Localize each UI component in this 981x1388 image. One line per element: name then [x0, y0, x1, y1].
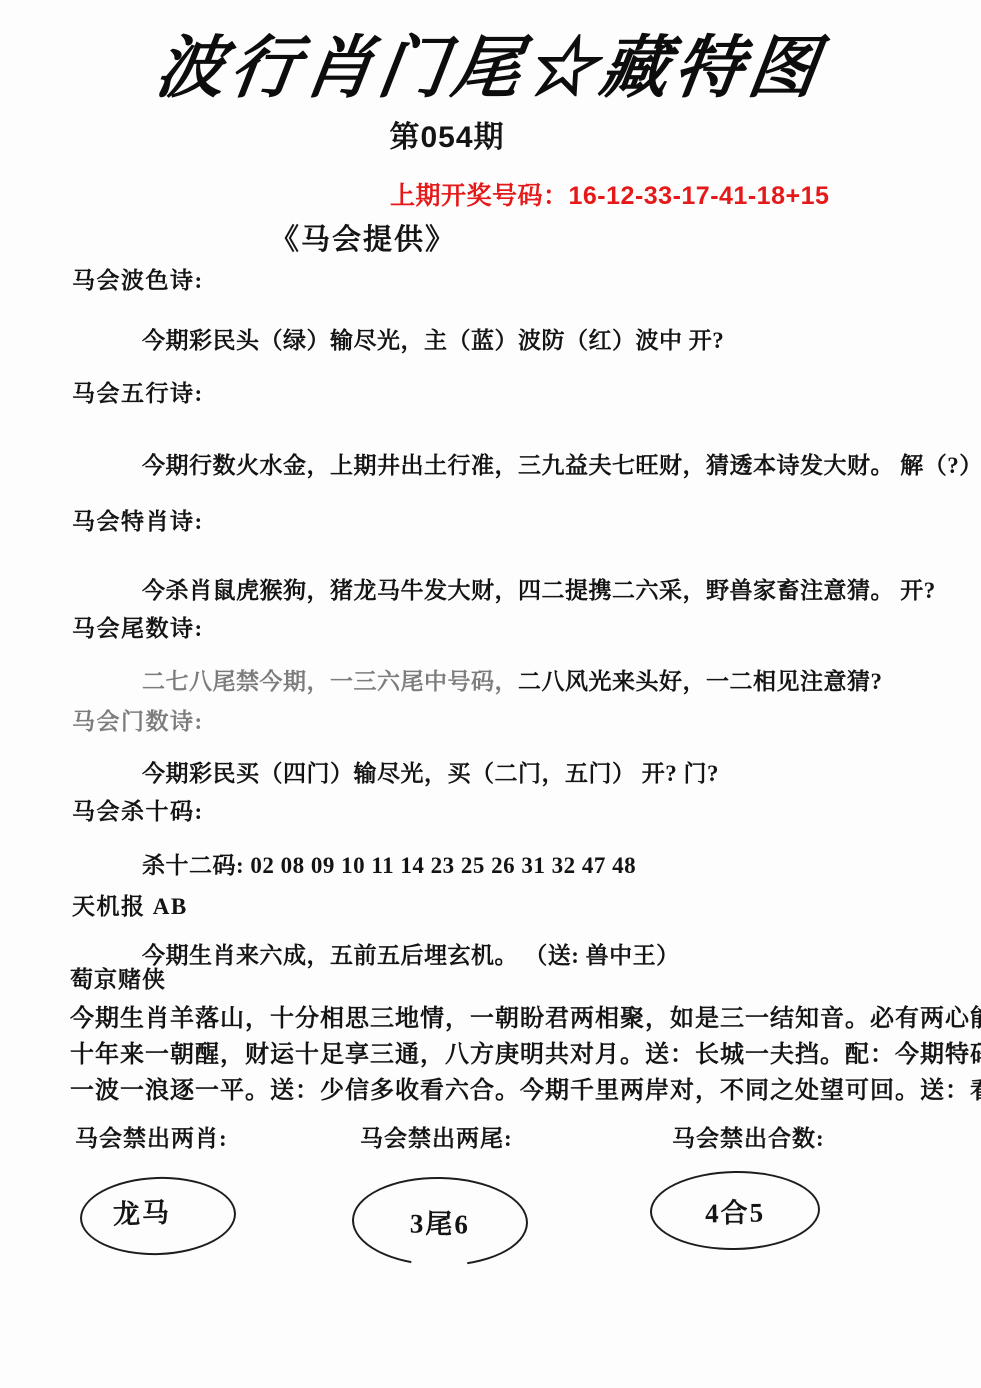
ban-two-zodiac-label: 马会禁出两肖:: [75, 1120, 228, 1153]
tail-line-clear-part: 二八风光来头好，一二相见注意猜?: [518, 669, 883, 694]
section-line-five-elements: 今期行数火水金，上期井出土行准，三九益夫七旺财，猜透本诗发大财。 解（?）: [142, 447, 981, 480]
section-heading-killed-codes: 马会杀十码:: [72, 793, 204, 826]
issue-number: 第054期: [0, 112, 894, 156]
last-draw-numbers: 上期开奖号码：16-12-33-17-41-18+15: [390, 176, 829, 212]
section-line-gate-number: 今期彩民买（四门）输尽光，买（二门，五门） 开? 门?: [142, 755, 719, 788]
gambler-verse-line-3: 一波一浪逐一平。送：少信多收看六合。今期千里两岸对，不同之处望可回。送：看马二九…: [70, 1070, 935, 1105]
ban-sum-value: 4合5: [705, 1190, 766, 1230]
gambler-verse-line-1: 今期生肖羊落山，十分相思三地情，一朝盼君两相聚，如是三一结知音。必有两心能相印，…: [70, 998, 935, 1033]
section-line-special-zodiac: 今杀肖鼠虎猴狗，猪龙马牛发大财，四二提携二六采，野兽家畜注意猜。 开?: [142, 572, 936, 605]
page-title: 波行肖门尾☆藏特图: [0, 14, 981, 111]
section-line-tianji-report: 今期生肖来六成，五前五后埋玄机。 （送: 兽中王）: [142, 937, 680, 970]
section-heading-wave-color: 马会波色诗:: [72, 262, 204, 295]
ban-sum-oval: 4合5: [649, 1170, 820, 1252]
section-heading-tail-number: 马会尾数诗:: [72, 610, 204, 643]
ban-two-tails-value: 3尾6: [410, 1201, 471, 1241]
provider-heading: 《马会提供》: [270, 217, 456, 258]
section-line-killed-codes: 杀十二码: 02 08 09 10 11 14 23 25 26 31 32 4…: [142, 847, 636, 880]
gambler-verse-line-2: 十年来一朝醒，财运十足享三通，八方庚明共对月。送：长城一夫挡。配：今期特码四平稳…: [70, 1034, 935, 1069]
section-heading-special-zodiac: 马会特肖诗:: [72, 503, 204, 536]
ban-two-zodiac-oval: 龙马: [79, 1174, 238, 1257]
section-heading-tianji-report: 天机报 AB: [72, 888, 188, 921]
gambler-verse-heading: 萄京赌侠: [70, 961, 166, 994]
ban-sum-label: 马会禁出合数:: [672, 1120, 825, 1153]
section-heading-gate-number: 马会门数诗:: [72, 703, 204, 736]
ban-two-tails-label: 马会禁出两尾:: [360, 1120, 513, 1153]
section-line-wave-color: 今期彩民头（绿）输尽光，主（蓝）波防（红）波中 开?: [142, 322, 724, 355]
section-line-tail-number: 二七八尾禁今期，一三六尾中号码，二八风光来头好，一二相见注意猜?: [142, 663, 883, 696]
ban-two-zodiac-value: 龙马: [112, 1190, 171, 1231]
section-heading-five-elements: 马会五行诗:: [72, 375, 204, 408]
lottery-tip-sheet: 波行肖门尾☆藏特图 第054期 上期开奖号码：16-12-33-17-41-18…: [0, 0, 981, 1388]
tail-line-faded-part: 二七八尾禁今期，一三六尾中号码，: [142, 669, 518, 694]
ban-two-tails-oval: 3尾6: [351, 1175, 529, 1267]
